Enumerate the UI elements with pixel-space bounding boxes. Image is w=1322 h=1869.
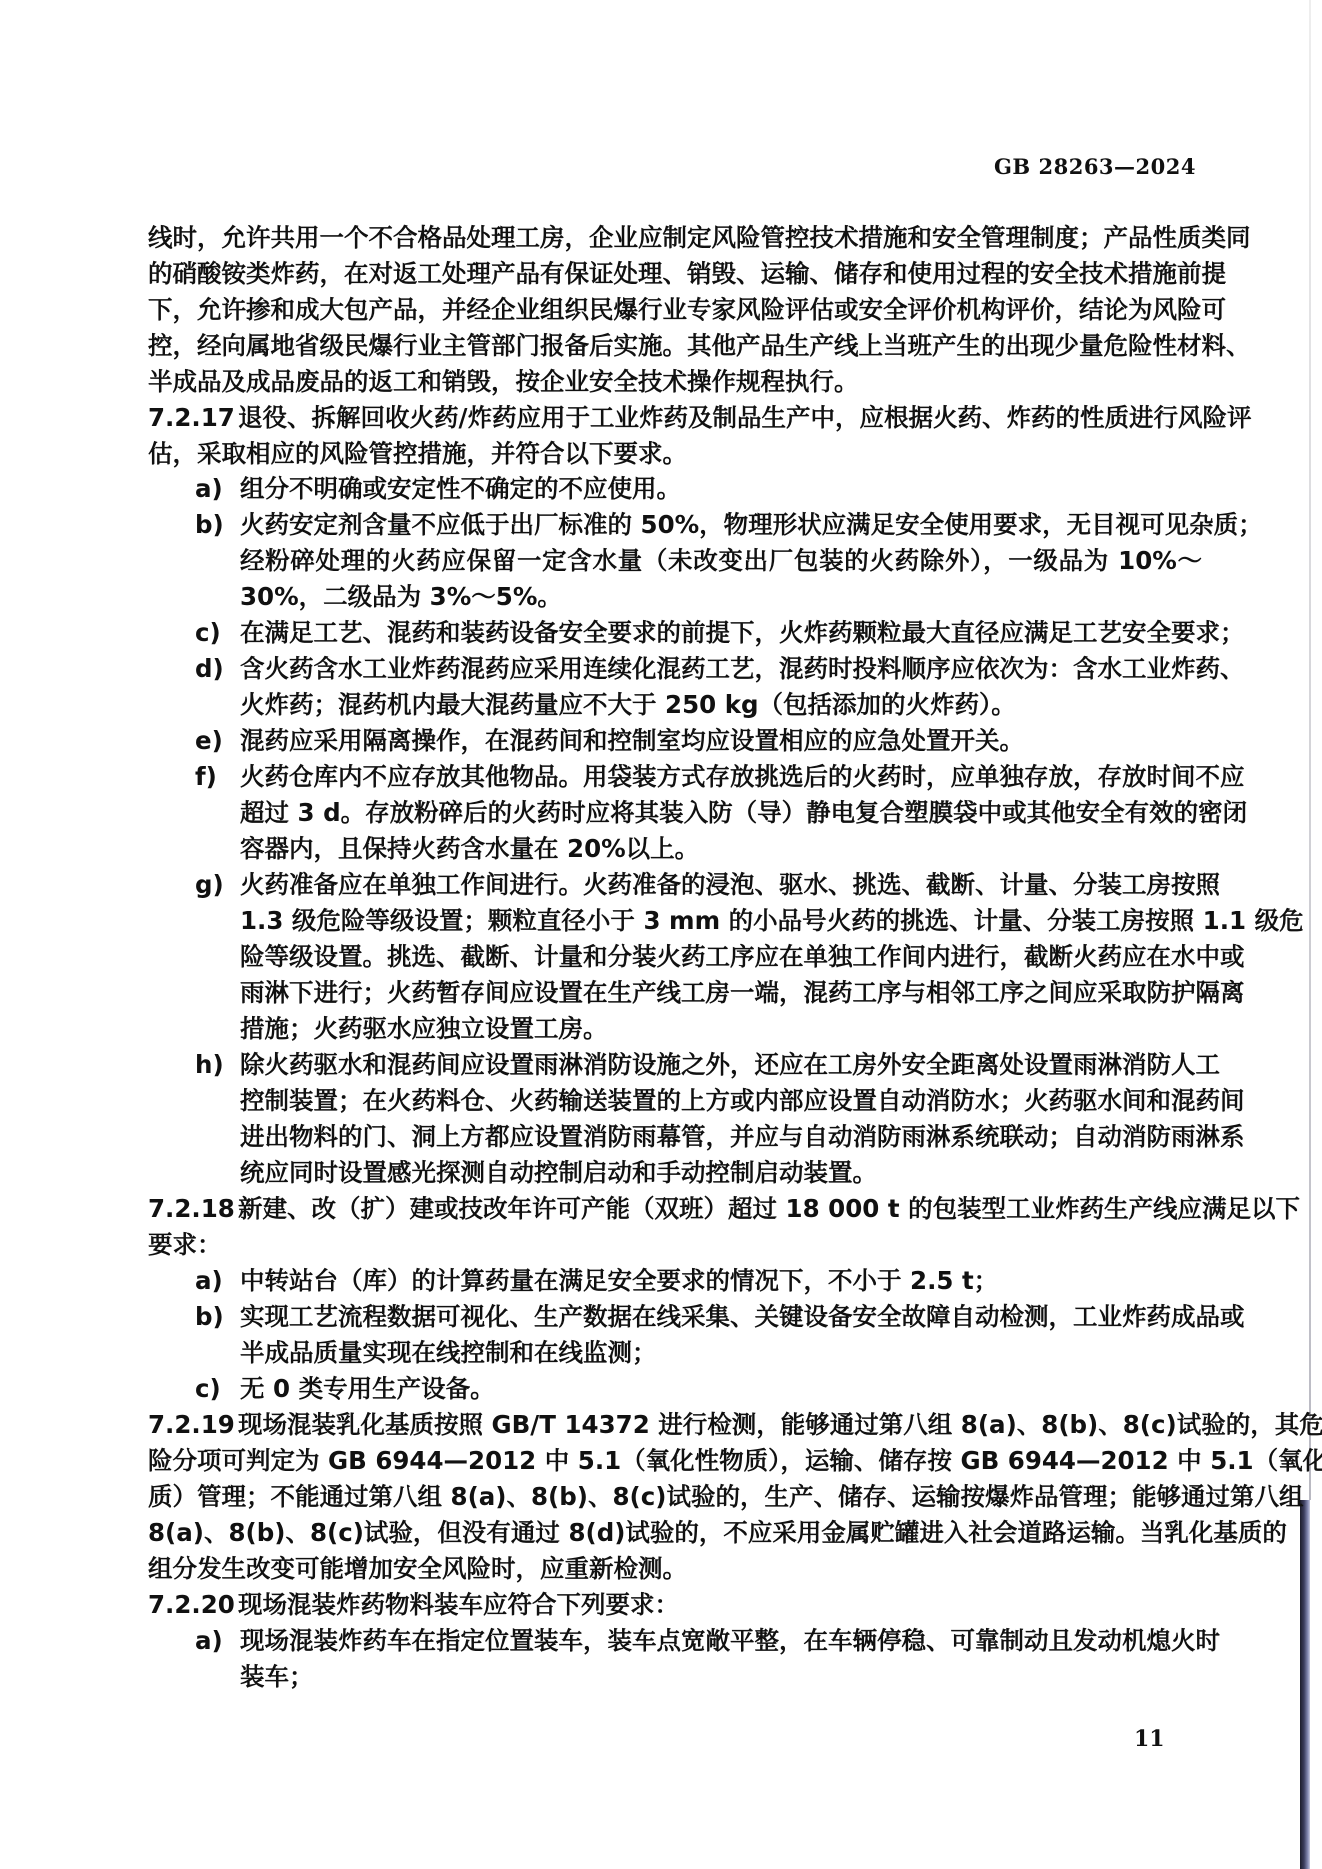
scan-edge-border — [1300, 1500, 1310, 1869]
standard-code-header: GB 28263—2024 — [994, 154, 1196, 179]
clause-text: 质）管理；不能通过第八组 8(a)、8(b)、8(c)试验的，生产、储存、运输按… — [148, 1479, 1202, 1515]
clause-text: 现场混装乳化基质按照 GB/T 14372 进行检测，能够通过第八组 8(a)、… — [238, 1407, 1202, 1443]
list-item-text: 中转站台（库）的计算药量在满足安全要求的情况下，不小于 2.5 t； — [240, 1263, 1202, 1299]
list-item-text: 实现工艺流程数据可视化、生产数据在线采集、关键设备安全故障自动检测，工业炸药成品… — [240, 1299, 1202, 1335]
list-item-text: 装车； — [240, 1659, 1202, 1695]
list-item-text: 措施；火药驱水应独立设置工房。 — [240, 1011, 1202, 1047]
clause-text: 估，采取相应的风险管控措施，并符合以下要求。 — [148, 436, 1202, 472]
intro-line: 线时，允许共用一个不合格品处理工房，企业应制定风险管控技术措施和安全管理制度；产… — [148, 220, 1202, 256]
list-item-text: 火药准备应在单独工作间进行。火药准备的浸泡、驱水、挑选、截断、计量、分装工房按照 — [240, 867, 1202, 903]
list-item-text: 经粉碎处理的火药应保留一定含水量（未改变出厂包装的火药除外），一级品为 10%～ — [240, 543, 1202, 579]
list-item-text: 超过 3 d。存放粉碎后的火药时应将其装入防（导）静电复合塑膜袋中或其他安全有效… — [240, 795, 1202, 831]
intro-line: 的硝酸铵类炸药，在对返工处理产品有保证处理、销毁、运输、储存和使用过程的安全技术… — [148, 256, 1202, 292]
list-item-label: a) — [195, 471, 223, 507]
list-item-text: 容器内，且保持火药含水量在 20%以上。 — [240, 831, 1202, 867]
clause-text: 退役、拆解回收火药/炸药应用于工业炸药及制品生产中，应根据火药、炸药的性质进行风… — [238, 400, 1202, 436]
list-item-text: 控制装置；在火药料仓、火药输送装置的上方或内部应设置自动消防水；火药驱水间和混药… — [240, 1083, 1202, 1119]
list-item-label: a) — [195, 1263, 223, 1299]
list-item-text: 30%，二级品为 3%～5%。 — [240, 579, 1202, 615]
list-item-text: 混药应采用隔离操作，在混药间和控制室均应设置相应的应急处置开关。 — [240, 723, 1202, 759]
page-number: 11 — [1134, 1726, 1165, 1752]
clause-number-7-2-18: 7.2.18 — [148, 1191, 235, 1227]
list-item-text: 雨淋下进行；火药暂存间应设置在生产线工房一端，混药工序与相邻工序之间应采取防护隔… — [240, 975, 1202, 1011]
list-item-text: 组分不明确或安定性不确定的不应使用。 — [240, 471, 1202, 507]
list-item-text: 1.3 级危险等级设置；颗粒直径小于 3 mm 的小品号火药的挑选、计量、分装工… — [240, 903, 1202, 939]
list-item-label: c) — [195, 615, 221, 651]
clause-text: 组分发生改变可能增加安全风险时，应重新检测。 — [148, 1551, 1202, 1587]
list-item-label: a) — [195, 1623, 223, 1659]
clause-number-7-2-17: 7.2.17 — [148, 400, 235, 436]
list-item-text: 无 0 类专用生产设备。 — [240, 1371, 1202, 1407]
clause-text: 要求： — [148, 1227, 1202, 1263]
list-item-text: 火药仓库内不应存放其他物品。用袋装方式存放挑选后的火药时，应单独存放，存放时间不… — [240, 759, 1202, 795]
list-item-text: 火药安定剂含量不应低于出厂标准的 50%，物理形状应满足安全使用要求，无目视可见… — [240, 507, 1202, 543]
list-item-text: 半成品质量实现在线控制和在线监测； — [240, 1335, 1202, 1371]
clause-text: 8(a)、8(b)、8(c)试验，但没有通过 8(d)试验的，不应采用金属贮罐进… — [148, 1515, 1202, 1551]
intro-line: 控，经向属地省级民爆行业主管部门报备后实施。其他产品生产线上当班产生的出现少量危… — [148, 328, 1202, 364]
list-item-label: c) — [195, 1371, 221, 1407]
clause-text: 险分项可判定为 GB 6944—2012 中 5.1（氧化性物质），运输、储存按… — [148, 1443, 1202, 1479]
list-item-text: 统应同时设置感光探测自动控制启动和手动控制启动装置。 — [240, 1155, 1202, 1191]
list-item-text: 除火药驱水和混药间应设置雨淋消防设施之外，还应在工房外安全距离处设置雨淋消防人工 — [240, 1047, 1202, 1083]
clause-text: 新建、改（扩）建或技改年许可产能（双班）超过 18 000 t 的包装型工业炸药… — [238, 1191, 1202, 1227]
list-item-label: e) — [195, 723, 223, 759]
clause-number-7-2-19: 7.2.19 — [148, 1407, 235, 1443]
list-item-text: 在满足工艺、混药和装药设备安全要求的前提下，火炸药颗粒最大直径应满足工艺安全要求… — [240, 615, 1202, 651]
list-item-text: 险等级设置。挑选、截断、计量和分装火药工序应在单独工作间内进行，截断火药应在水中… — [240, 939, 1202, 975]
page-edge-shadow — [1309, 0, 1311, 1500]
list-item-text: 火炸药；混药机内最大混药量应不大于 250 kg（包括添加的火炸药）。 — [240, 687, 1202, 723]
list-item-label: d) — [195, 651, 224, 687]
list-item-text: 进出物料的门、洞上方都应设置消防雨幕管，并应与自动消防雨淋系统联动；自动消防雨淋… — [240, 1119, 1202, 1155]
list-item-text: 含火药含水工业炸药混药应采用连续化混药工艺，混药时投料顺序应依次为：含水工业炸药… — [240, 651, 1202, 687]
list-item-label: b) — [195, 1299, 224, 1335]
intro-line: 下，允许掺和成大包产品，并经企业组织民爆行业专家风险评估或安全评价机构评价，结论… — [148, 292, 1202, 328]
list-item-text: 现场混装炸药车在指定位置装车，装车点宽敞平整，在车辆停稳、可靠制动且发动机熄火时 — [240, 1623, 1202, 1659]
clause-number-7-2-20: 7.2.20 — [148, 1587, 235, 1623]
list-item-label: f) — [195, 759, 217, 795]
list-item-label: h) — [195, 1047, 224, 1083]
clause-text: 现场混装炸药物料装车应符合下列要求： — [238, 1587, 1202, 1623]
intro-line: 半成品及成品废品的返工和销毁，按企业安全技术操作规程执行。 — [148, 364, 1202, 400]
list-item-label: b) — [195, 507, 224, 543]
list-item-label: g) — [195, 867, 224, 903]
